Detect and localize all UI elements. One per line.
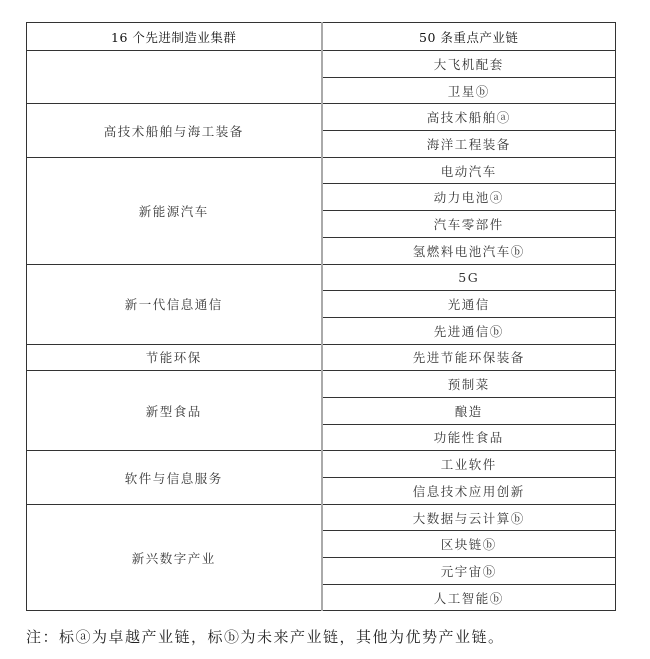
chain-cell: 信息技术应用创新 <box>322 478 616 505</box>
chain-cell: 汽车零部件 <box>322 211 616 238</box>
header-clusters: 16 个先进制造业集群 <box>27 23 322 51</box>
table-row: 新一代信息通信5G <box>27 264 616 291</box>
chain-cell: 高技术船舶ⓐ <box>322 104 616 131</box>
chain-cell: 区块链ⓑ <box>322 531 616 558</box>
cluster-name-cell: 新一代信息通信 <box>27 264 322 344</box>
chain-cell: 功能性食品 <box>322 424 616 451</box>
chain-cell: 先进节能环保装备 <box>322 344 616 371</box>
industry-cluster-table: 16 个先进制造业集群 50 条重点产业链 大飞机配套卫星ⓑ高技术船舶与海工装备… <box>26 22 616 611</box>
chain-cell: 先进通信ⓑ <box>322 317 616 344</box>
table-row: 软件与信息服务工业软件 <box>27 451 616 478</box>
table-row: 新型食品预制菜 <box>27 371 616 398</box>
cluster-name-cell <box>27 51 322 104</box>
chain-cell: 大飞机配套 <box>322 51 616 78</box>
header-chains: 50 条重点产业链 <box>322 23 616 51</box>
chain-cell: 人工智能ⓑ <box>322 584 616 611</box>
chain-cell: 动力电池ⓐ <box>322 184 616 211</box>
footnote: 注：标ⓐ为卓越产业链，标ⓑ为未来产业链，其他为优势产业链。 <box>26 626 505 647</box>
chain-cell: 工业软件 <box>322 451 616 478</box>
cluster-name-cell: 高技术船舶与海工装备 <box>27 104 322 157</box>
chain-cell: 电动汽车 <box>322 157 616 184</box>
chain-cell: 5G <box>322 264 616 291</box>
cluster-name-cell: 软件与信息服务 <box>27 451 322 504</box>
chain-cell: 元宇宙ⓑ <box>322 558 616 585</box>
chain-cell: 氢燃料电池汽车ⓑ <box>322 237 616 264</box>
cluster-name-cell: 新兴数字产业 <box>27 504 322 611</box>
table-row: 高技术船舶与海工装备高技术船舶ⓐ <box>27 104 616 131</box>
cluster-name-cell: 新能源汽车 <box>27 157 322 264</box>
table-row: 节能环保先进节能环保装备 <box>27 344 616 371</box>
chain-cell: 大数据与云计算ⓑ <box>322 504 616 531</box>
header-row: 16 个先进制造业集群 50 条重点产业链 <box>27 23 616 51</box>
chain-cell: 酿造 <box>322 397 616 424</box>
table-row: 新兴数字产业大数据与云计算ⓑ <box>27 504 616 531</box>
chain-cell: 海洋工程装备 <box>322 131 616 158</box>
chain-cell: 光通信 <box>322 291 616 318</box>
chain-cell: 卫星ⓑ <box>322 77 616 104</box>
cluster-name-cell: 新型食品 <box>27 371 322 451</box>
table-row: 新能源汽车电动汽车 <box>27 157 616 184</box>
cluster-name-cell: 节能环保 <box>27 344 322 371</box>
chain-cell: 预制菜 <box>322 371 616 398</box>
table-row: 大飞机配套 <box>27 51 616 78</box>
